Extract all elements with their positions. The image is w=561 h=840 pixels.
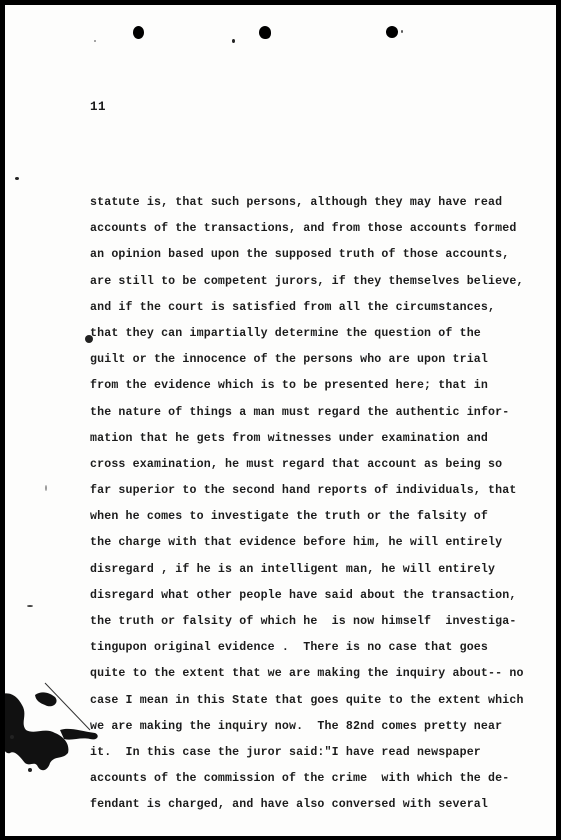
text-line: it. In this case the juror said:"I have … (90, 740, 550, 766)
ink-speck (232, 39, 235, 43)
text-line: we are making the inquiry now. The 82nd … (90, 714, 550, 740)
text-line: the charge with that evidence before him… (90, 530, 550, 556)
text-line: far superior to the second hand reports … (90, 478, 550, 504)
ink-speck (94, 40, 96, 42)
ink-speck (27, 605, 33, 607)
ink-speck (401, 30, 403, 33)
text-line: disregard , if he is an intelligent man,… (90, 557, 550, 583)
text-line: the truth or falsity of which he is now … (90, 609, 550, 635)
text-line: accounts of the commission of the crime … (90, 766, 550, 792)
text-line: are still to be competent jurors, if the… (90, 269, 550, 295)
text-line: disregard what other people have said ab… (90, 583, 550, 609)
text-line: an opinion based upon the supposed truth… (90, 242, 550, 268)
punch-hole-left (133, 26, 144, 39)
text-line: statute is, that such persons, although … (90, 190, 550, 216)
text-line: case I mean in this State that goes quit… (90, 688, 550, 714)
ink-speck (45, 485, 47, 491)
text-line: accounts of the transactions, and from t… (90, 216, 550, 242)
ink-speck (15, 177, 19, 180)
text-line: from the evidence which is to be present… (90, 373, 550, 399)
text-line: that they can impartially determine the … (90, 321, 550, 347)
punch-hole-center (259, 26, 271, 39)
typewritten-text-body: statute is, that such persons, although … (90, 190, 550, 819)
text-line: tingupon original evidence . There is no… (90, 635, 550, 661)
document-page: 11 statute is, that such persons, althou… (5, 5, 556, 836)
text-line: mation that he gets from witnesses under… (90, 426, 550, 452)
punch-hole-right (386, 26, 398, 38)
text-line: quite to the extent that we are making t… (90, 661, 550, 687)
text-line: and if the court is satisfied from all t… (90, 295, 550, 321)
page-number: 11 (90, 100, 106, 114)
text-line: guilt or the innocence of the persons wh… (90, 347, 550, 373)
text-line: the nature of things a man must regard t… (90, 400, 550, 426)
text-line: cross examination, he must regard that a… (90, 452, 550, 478)
text-line: when he comes to investigate the truth o… (90, 504, 550, 530)
text-line: fendant is charged, and have also conver… (90, 792, 550, 818)
